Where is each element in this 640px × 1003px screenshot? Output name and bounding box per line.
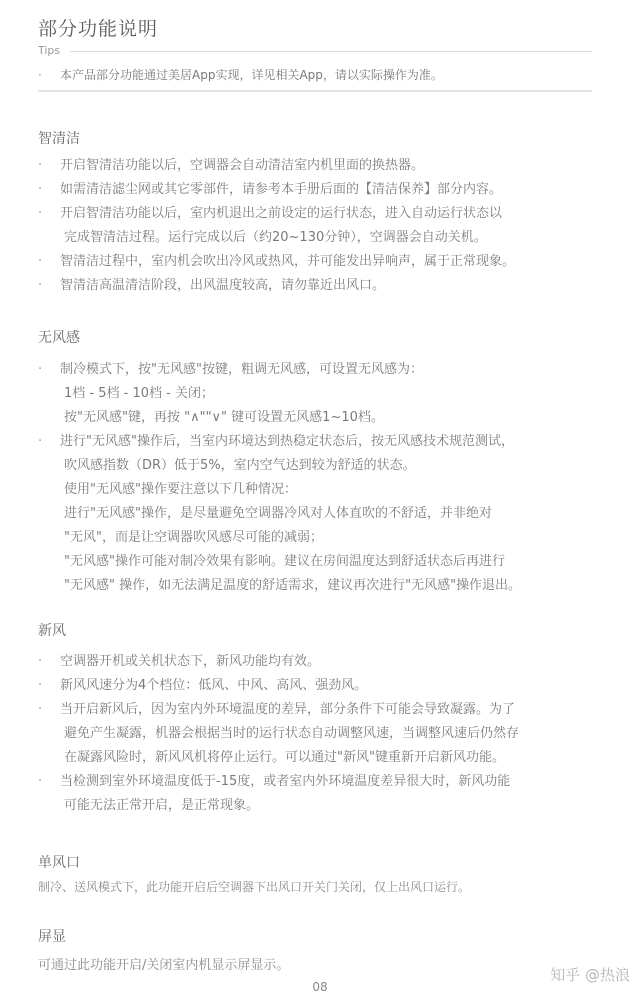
list-item: ·开启智清洁功能以后，室内机退出之前设定的运行状态，进入自动运行状态以 [38, 202, 515, 226]
tips-text-content: 本产品部分功能通过美居App实现，详见相关App，请以实际操作为准。 [60, 68, 443, 82]
tips-text: ·本产品部分功能通过美居App实现，详见相关App，请以实际操作为准。 [38, 66, 443, 83]
list-item-continuation: "无风感" 操作，如无法满足温度的舒适需求，建议再次进行"无风感"操作退出。 [38, 574, 521, 598]
bullet-icon: · [38, 698, 60, 722]
section-heading-fresh-air: 新风 [38, 620, 66, 640]
tips-label: Tips [38, 44, 60, 57]
tips-divider [70, 51, 592, 52]
section-body-no-wind: ·制冷模式下，按"无风感"按键，粗调无风感，可设置无风感为： 1档 - 5档 -… [38, 358, 521, 598]
list-item-continuation: "无风"，而是让空调器吹风感尽可能的减弱； [38, 526, 521, 550]
list-item-continuation: 进行"无风感"操作，是尽量避免空调器冷风对人体直吹的不舒适，并非绝对 [38, 502, 521, 526]
page-number: 08 [0, 980, 640, 994]
list-item-continuation: 完成智清洁过程。运行完成以后（约20~130分钟），空调器会自动关机。 [38, 226, 515, 250]
bullet-icon: · [38, 674, 60, 698]
list-item: ·新风风速分为4个档位：低风、中风、高风、强劲风。 [38, 674, 519, 698]
list-item-text: 新风风速分为4个档位：低风、中风、高风、强劲风。 [60, 678, 367, 693]
bullet-icon: · [38, 770, 60, 794]
section-heading-display: 屏显 [38, 926, 66, 946]
section-body-smart-clean: ·开启智清洁功能以后，空调器会自动清洁室内机里面的换热器。 ·如需清洁滤尘网或其… [38, 154, 515, 298]
list-item: ·当检测到室外环境温度低于-15度，或者室内外环境温度差异很大时，新风功能 [38, 770, 519, 794]
list-item-text: 当检测到室外环境温度低于-15度，或者室内外环境温度差异很大时，新风功能 [60, 774, 510, 789]
list-item-text: 如需清洁滤尘网或其它零部件，请参考本手册后面的【清洁保养】部分内容。 [60, 182, 502, 197]
list-item-text: 空调器开机或关机状态下，新风功能均有效。 [60, 654, 320, 669]
list-item: ·当开启新风后，因为室内外环境温度的差异，部分条件下可能会导致凝露。为了 [38, 698, 519, 722]
list-item-text: 进行"无风感"操作后，当室内环境达到热稳定状态后，按无风感技术规范测试， [60, 434, 514, 449]
bullet-icon: · [38, 274, 60, 298]
bullet-icon: · [38, 430, 60, 454]
list-item: ·制冷模式下，按"无风感"按键，粗调无风感，可设置无风感为： [38, 358, 521, 382]
list-item-continuation: 在凝露风险时，新风风机将停止运行。可以通过"新风"键重新开启新风功能。 [38, 746, 519, 770]
section-heading-smart-clean: 智清洁 [38, 128, 80, 148]
list-item-continuation: 使用"无风感"操作要注意以下几种情况： [38, 478, 521, 502]
section-body-fresh-air: ·空调器开机或关机状态下，新风功能均有效。 ·新风风速分为4个档位：低风、中风、… [38, 650, 519, 818]
bullet-icon: · [38, 154, 60, 178]
page-title: 部分功能说明 [38, 14, 158, 41]
bullet-icon: · [38, 250, 60, 274]
section-body-display: 可通过此功能开启/关闭室内机显示屏显示。 [38, 954, 289, 973]
tips-bottom-divider [38, 90, 592, 92]
list-item-continuation: 吹风感指数（DR）低于5%，室内空气达到较为舒适的状态。 [38, 454, 521, 478]
list-item-text: 制冷模式下，按"无风感"按键，粗调无风感，可设置无风感为： [60, 362, 423, 377]
list-item: ·智清洁高温清洁阶段，出风温度较高，请勿靠近出风口。 [38, 274, 515, 298]
list-item: ·如需清洁滤尘网或其它零部件，请参考本手册后面的【清洁保养】部分内容。 [38, 178, 515, 202]
manual-page: 部分功能说明 Tips ·本产品部分功能通过美居App实现，详见相关App，请以… [0, 0, 640, 1003]
list-item-continuation: 1档 - 5档 - 10档 - 关闭； [38, 382, 521, 406]
bullet-icon: · [38, 178, 60, 202]
bullet-icon: · [38, 68, 60, 82]
list-item: ·智清洁过程中，室内机会吹出冷风或热风，并可能发出异响声，属于正常现象。 [38, 250, 515, 274]
list-item-continuation: 可能无法正常开启，是正常现象。 [38, 794, 519, 818]
bullet-icon: · [38, 202, 60, 226]
section-heading-no-wind: 无风感 [38, 327, 80, 347]
list-item-continuation: 按"无风感"键，再按 "∧""∨" 键可设置无风感1~10档。 [38, 406, 521, 430]
list-item-continuation: 避免产生凝露，机器会根据当时的运行状态自动调整风速，当调整风速后仍然存 [38, 722, 519, 746]
bullet-icon: · [38, 650, 60, 674]
list-item-text: 当开启新风后，因为室内外环境温度的差异，部分条件下可能会导致凝露。为了 [60, 702, 515, 717]
list-item: ·进行"无风感"操作后，当室内环境达到热稳定状态后，按无风感技术规范测试， [38, 430, 521, 454]
bullet-icon: · [38, 358, 60, 382]
list-item-continuation: "无风感"操作可能对制冷效果有影响。建议在房间温度达到舒适状态后再进行 [38, 550, 521, 574]
list-item: ·开启智清洁功能以后，空调器会自动清洁室内机里面的换热器。 [38, 154, 515, 178]
list-item-text: 开启智清洁功能以后，空调器会自动清洁室内机里面的换热器。 [60, 158, 424, 173]
list-item: ·空调器开机或关机状态下，新风功能均有效。 [38, 650, 519, 674]
section-heading-single-outlet: 单风口 [38, 852, 80, 872]
list-item-text: 智清洁高温清洁阶段，出风温度较高，请勿靠近出风口。 [60, 278, 385, 293]
section-body-single-outlet: 制冷、送风模式下，此功能开启后空调器下出风口开关门关闭，仅上出风口运行。 [38, 878, 470, 895]
list-item-text: 开启智清洁功能以后，室内机退出之前设定的运行状态，进入自动运行状态以 [60, 206, 502, 221]
list-item-text: 智清洁过程中，室内机会吹出冷风或热风，并可能发出异响声，属于正常现象。 [60, 254, 515, 269]
